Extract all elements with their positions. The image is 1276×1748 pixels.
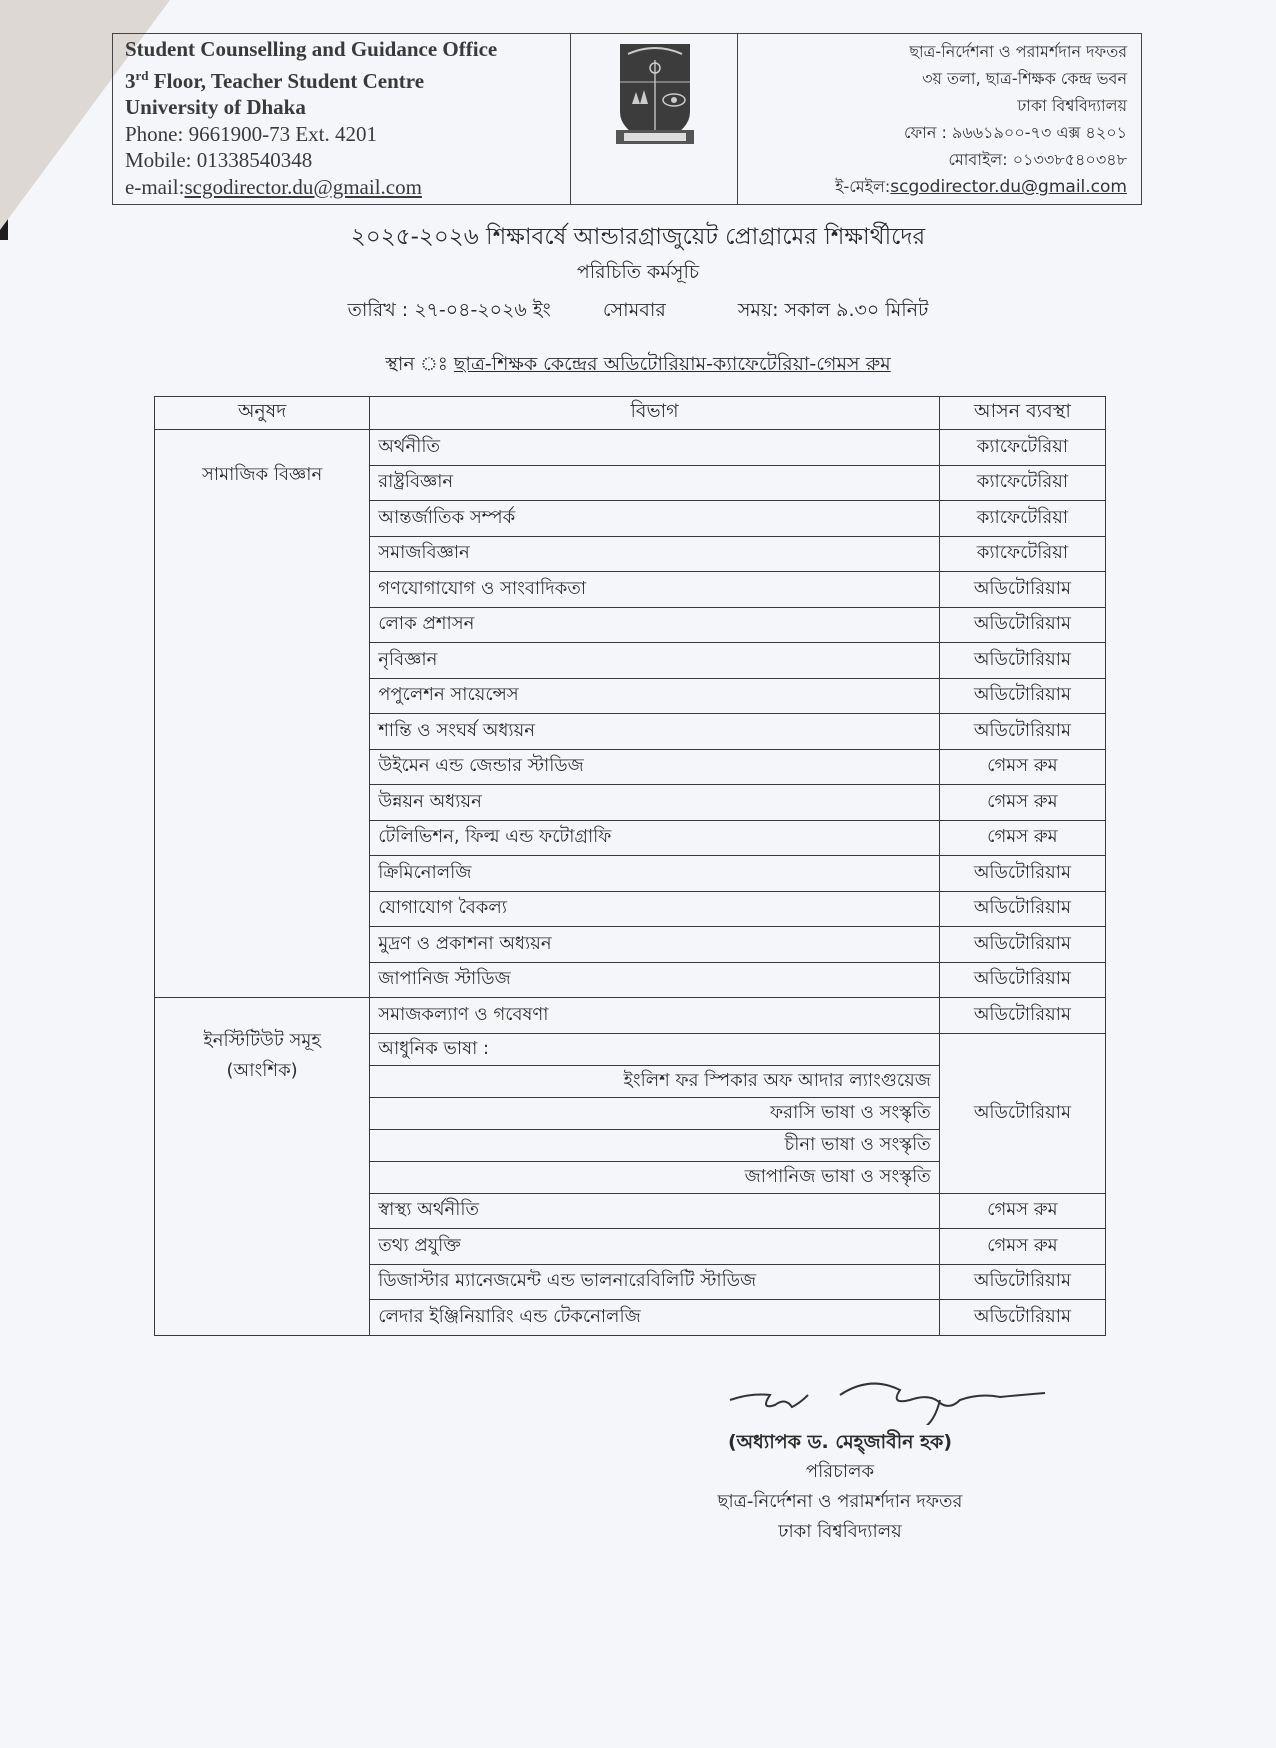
office-floor: 3rd Floor, Teacher Student Centre <box>125 63 570 95</box>
seating-cell: ক্যাফেটেরিয়া <box>939 501 1105 537</box>
email-line-bn: ই-মেইল:scgodirector.du@gmail.com <box>738 173 1127 201</box>
sub-department-cell: চীনা ভাষা ও সংস্কৃতি <box>370 1129 940 1161</box>
seating-cell: অডিটোরিয়াম <box>939 714 1105 750</box>
sub-department-cell: জাপানিজ ভাষা ও সংস্কৃতি <box>370 1161 940 1193</box>
department-cell: রাষ্ট্রবিজ্ঞান <box>370 465 940 501</box>
letterhead-bangla: ছাত্র-নির্দেশনা ও পরামর্শদান দফতর ৩য় তল… <box>738 34 1141 204</box>
signatory-office: ছাত্র-নির্দেশনা ও পরামর্শদান দফতর <box>650 1487 1030 1517</box>
department-cell: সমাজবিজ্ঞান <box>370 536 940 572</box>
seating-cell: অডিটোরিয়াম <box>939 1033 1105 1193</box>
faculty-cell-social-science: সামাজিক বিজ্ঞান <box>155 430 370 998</box>
event-time: সময়: সকাল ৯.৩০ মিনিট <box>738 296 929 328</box>
schedule-line: তারিখ : ২৭-০৪-২০২৬ ইং সোমবার সময়: সকাল … <box>0 296 1276 328</box>
venue-line: স্থান ঃ ছাত্র-শিক্ষক কেন্দ্রের অডিটোরিয়… <box>0 350 1276 382</box>
document-page: Student Counselling and Guidance Office … <box>0 0 1276 1748</box>
office-floor-bn: ৩য় তলা, ছাত্র-শিক্ষক কেন্দ্র ভবন <box>738 65 1127 92</box>
seating-cell: অডিটোরিয়াম <box>939 962 1105 998</box>
signatory-designation: পরিচালক <box>650 1457 1030 1487</box>
department-cell: স্বাস্থ্য অর্থনীতি <box>370 1193 940 1229</box>
seating-cell: অডিটোরিয়াম <box>939 643 1105 679</box>
mobile: Mobile: 01338540348 <box>125 147 570 174</box>
seating-cell: ক্যাফেটেরিয়া <box>939 430 1105 466</box>
sub-department-cell: ইংলিশ ফর স্পিকার অফ আদার ল্যাংগুয়েজ <box>370 1065 940 1097</box>
seating-cell: অডিটোরিয়াম <box>939 572 1105 608</box>
faculty-cell-institutes: ইনস্টিটিউট সমূহ(আংশিক) <box>155 998 370 1336</box>
seating-table: অনুষদ বিভাগ আসন ব্যবস্থা সামাজিক বিজ্ঞান… <box>154 396 1106 1336</box>
phone-bn: ফোন : ৯৬৬১৯০০-৭৩ এক্স ৪২০১ <box>738 119 1127 146</box>
seating-cell: অডিটোরিয়াম <box>939 1300 1105 1336</box>
venue: ছাত্র-শিক্ষক কেন্দ্রের অডিটোরিয়াম-ক্যাফ… <box>454 353 891 375</box>
seating-cell: গেমস রুম <box>939 1193 1105 1229</box>
seating-cell: অডিটোরিয়াম <box>939 1264 1105 1300</box>
email-link[interactable]: scgodirector.du@gmail.com <box>184 175 421 199</box>
sub-department-cell: ফরাসি ভাষা ও সংস্কৃতি <box>370 1097 940 1129</box>
department-cell: আন্তর্জাতিক সম্পর্ক <box>370 501 940 537</box>
seating-cell: অডিটোরিয়াম <box>939 607 1105 643</box>
document-subtitle: পরিচিতি কর্মসূচি <box>0 258 1276 290</box>
department-cell: তথ্য প্রযুক্তি <box>370 1229 940 1265</box>
document-title: ২০২৫-২০২৬ শিক্ষাবর্ষে আন্ডারগ্রাজুয়েট প… <box>0 218 1276 257</box>
seating-cell: অডিটোরিয়াম <box>939 998 1105 1034</box>
seating-cell: ক্যাফেটেরিয়া <box>939 465 1105 501</box>
letterhead: Student Counselling and Guidance Office … <box>112 33 1142 205</box>
university-name-bn: ঢাকা বিশ্ববিদ্যালয় <box>738 92 1127 119</box>
seating-cell: গেমস রুম <box>939 749 1105 785</box>
office-name-bn: ছাত্র-নির্দেশনা ও পরামর্শদান দফতর <box>738 38 1127 65</box>
department-cell: নৃবিজ্ঞান <box>370 643 940 679</box>
seating-cell: গেমস রুম <box>939 785 1105 821</box>
department-cell: টেলিভিশন, ফিল্ম এন্ড ফটোগ্রাফি <box>370 820 940 856</box>
department-cell: অর্থনীতি <box>370 430 940 466</box>
venue-label: স্থান ঃ <box>385 353 454 375</box>
seating-cell: অডিটোরিয়াম <box>939 891 1105 927</box>
seating-cell: অডিটোরিয়াম <box>939 856 1105 892</box>
department-cell: উন্নয়ন অধ্যয়ন <box>370 785 940 821</box>
table-row: ইনস্টিটিউট সমূহ(আংশিক) সমাজকল্যাণ ও গবেষ… <box>155 998 1106 1034</box>
email-line: e-mail:scgodirector.du@gmail.com <box>125 174 570 201</box>
column-header-department: বিভাগ <box>370 397 940 430</box>
department-cell: গণযোগাযোগ ও সাংবাদিকতা <box>370 572 940 608</box>
signature-scribble-icon <box>700 1365 1060 1425</box>
logo-cell <box>571 34 738 204</box>
table-row: সামাজিক বিজ্ঞান অর্থনীতি ক্যাফেটেরিয়া <box>155 430 1106 466</box>
department-cell: পপুলেশন সায়েন্সেস <box>370 678 940 714</box>
letterhead-english: Student Counselling and Guidance Office … <box>113 34 571 204</box>
department-cell: জাপানিজ স্টাডিজ <box>370 962 940 998</box>
department-cell: সমাজকল্যাণ ও গবেষণা <box>370 998 940 1034</box>
department-cell: উইমেন এন্ড জেন্ডার স্টাডিজ <box>370 749 940 785</box>
department-cell: ক্রিমিনোলজি <box>370 856 940 892</box>
column-header-seating: আসন ব্যবস্থা <box>939 397 1105 430</box>
department-cell: ডিজাস্টার ম্যানেজমেন্ট এন্ড ভালনারেবিলিট… <box>370 1264 940 1300</box>
seating-cell: ক্যাফেটেরিয়া <box>939 536 1105 572</box>
seating-cell: অডিটোরিয়াম <box>939 927 1105 963</box>
seating-cell: গেমস রুম <box>939 1229 1105 1265</box>
department-group-modern-languages: আধুনিক ভাষা : <box>370 1033 940 1065</box>
signatory-block: (অধ্যাপক ড. মেহ্জাবীন হক) পরিচালক ছাত্র-… <box>650 1427 1030 1547</box>
department-cell: লেদার ইঞ্জিনিয়ারিং এন্ড টেকনোলজি <box>370 1300 940 1336</box>
event-date: তারিখ : ২৭-০৪-২০২৬ ইং <box>348 296 551 328</box>
department-cell: শান্তি ও সংঘর্ষ অধ্যয়ন <box>370 714 940 750</box>
column-header-faculty: অনুষদ <box>155 397 370 430</box>
seating-cell: অডিটোরিয়াম <box>939 678 1105 714</box>
department-cell: মুদ্রণ ও প্রকাশনা অধ্যয়ন <box>370 927 940 963</box>
university-crest-icon <box>616 42 694 152</box>
signatory-university: ঢাকা বিশ্ববিদ্যালয় <box>650 1517 1030 1547</box>
seating-cell: গেমস রুম <box>939 820 1105 856</box>
mobile-bn: মোবাইল: ০১৩৩৮৫৪০৩৪৮ <box>738 146 1127 173</box>
university-name: University of Dhaka <box>125 94 570 121</box>
table-header-row: অনুষদ বিভাগ আসন ব্যবস্থা <box>155 397 1106 430</box>
department-cell: লোক প্রশাসন <box>370 607 940 643</box>
event-day: সোমবার <box>603 296 666 328</box>
office-name: Student Counselling and Guidance Office <box>125 36 570 63</box>
department-cell: যোগাযোগ বৈকল্য <box>370 891 940 927</box>
email-link-bn[interactable]: scgodirector.du@gmail.com <box>890 177 1127 197</box>
signatory-name: (অধ্যাপক ড. মেহ্জাবীন হক) <box>650 1427 1030 1457</box>
phone: Phone: 9661900-73 Ext. 4201 <box>125 121 570 148</box>
